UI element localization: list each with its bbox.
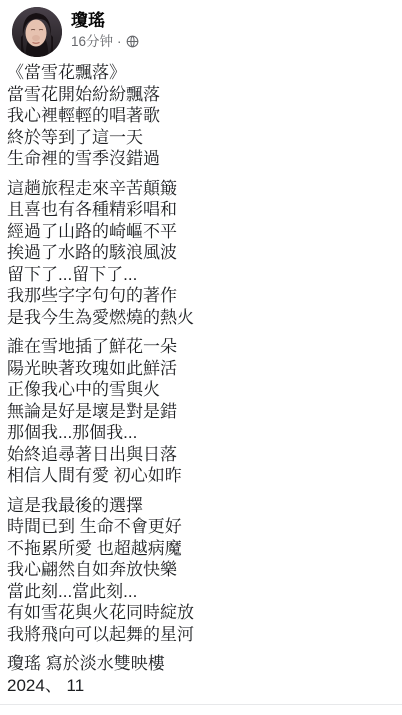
poem-line: 挨過了水路的駭浪風波 xyxy=(7,242,394,264)
poem-paragraph: 當雪花開始紛紛飄落我心裡輕輕的唱著歌終於等到了這一天生命裡的雪季沒錯過 xyxy=(7,84,394,170)
poem-line: 誰在雪地插了鮮花一朵 xyxy=(7,336,394,358)
post-header: 瓊瑤 16分钟 · xyxy=(0,0,402,57)
poem-line: 不拖累所愛 也超越病魔 xyxy=(7,538,394,560)
poem-line: 我將飛向可以起舞的星河 xyxy=(7,624,394,646)
poem-line: 留下了...留下了... xyxy=(7,264,394,286)
post-divider xyxy=(0,704,402,705)
poem-body: 當雪花開始紛紛飄落我心裡輕輕的唱著歌終於等到了這一天生命裡的雪季沒錯過這趟旅程走… xyxy=(7,84,394,697)
poem-line: 瓊瑤 寫於淡水雙映樓 xyxy=(7,653,394,675)
poem-line: 相信人間有愛 初心如昨 xyxy=(7,465,394,487)
avatar[interactable] xyxy=(12,7,62,57)
poem-paragraph: 這是我最後的選擇時間已到 生命不會更好不拖累所愛 也超越病魔我心翩然自如奔放快樂… xyxy=(7,495,394,646)
poem-line: 始終追尋著日出與日落 xyxy=(7,444,394,466)
poem-line: 有如雪花與火花同時綻放 xyxy=(7,602,394,624)
post-meta[interactable]: 16分钟 · xyxy=(71,33,139,50)
poem-line: 終於等到了這一天 xyxy=(7,127,394,149)
poem-paragraph: 誰在雪地插了鮮花一朵陽光映著玫瑰如此鮮活正像我心中的雪與火無論是好是壞是對是錯那… xyxy=(7,336,394,487)
author-name[interactable]: 瓊瑤 xyxy=(71,11,139,31)
poem-line: 這是我最後的選擇 xyxy=(7,495,394,517)
poem-line: 當此刻...當此刻... xyxy=(7,581,394,603)
poem-paragraph: 這趟旅程走來辛苦顛簸且喜也有各種精彩唱和經過了山路的崎嶇不平挨過了水路的駭浪風波… xyxy=(7,178,394,329)
post-body: 《當雪花飄落》 當雪花開始紛紛飄落我心裡輕輕的唱著歌終於等到了這一天生命裡的雪季… xyxy=(0,57,402,704)
poem-line: 且喜也有各種精彩唱和 xyxy=(7,199,394,221)
poem-line: 時間已到 生命不會更好 xyxy=(7,516,394,538)
poem-line: 2024、 11 xyxy=(7,675,394,697)
poem-line: 是我今生為愛燃燒的熱火 xyxy=(7,307,394,329)
poem-title: 《當雪花飄落》 xyxy=(7,62,394,84)
poem-line: 無論是好是壞是對是錯 xyxy=(7,401,394,423)
poem-line: 我心裡輕輕的唱著歌 xyxy=(7,105,394,127)
poem-paragraph: 瓊瑤 寫於淡水雙映樓2024、 11 xyxy=(7,653,394,696)
facebook-post: 瓊瑤 16分钟 · 《當雪花飄落》 當雪花開始紛紛飄落我心裡輕輕的唱著歌終於等到… xyxy=(0,0,402,715)
post-header-text: 瓊瑤 16分钟 · xyxy=(71,7,139,50)
poem-line: 我那些字字句句的著作 xyxy=(7,285,394,307)
poem-line: 生命裡的雪季沒錯過 xyxy=(7,148,394,170)
poem-line: 這趟旅程走來辛苦顛簸 xyxy=(7,178,394,200)
globe-icon xyxy=(126,35,139,48)
poem-line: 正像我心中的雪與火 xyxy=(7,379,394,401)
timestamp[interactable]: 16分钟 xyxy=(71,33,113,50)
avatar-portrait-image xyxy=(12,7,62,57)
poem-line: 當雪花開始紛紛飄落 xyxy=(7,84,394,106)
poem-line: 我心翩然自如奔放快樂 xyxy=(7,559,394,581)
poem-line: 經過了山路的崎嶇不平 xyxy=(7,221,394,243)
poem-line: 陽光映著玫瑰如此鮮活 xyxy=(7,358,394,380)
meta-separator: · xyxy=(117,33,122,50)
poem-line: 那個我...那個我... xyxy=(7,422,394,444)
